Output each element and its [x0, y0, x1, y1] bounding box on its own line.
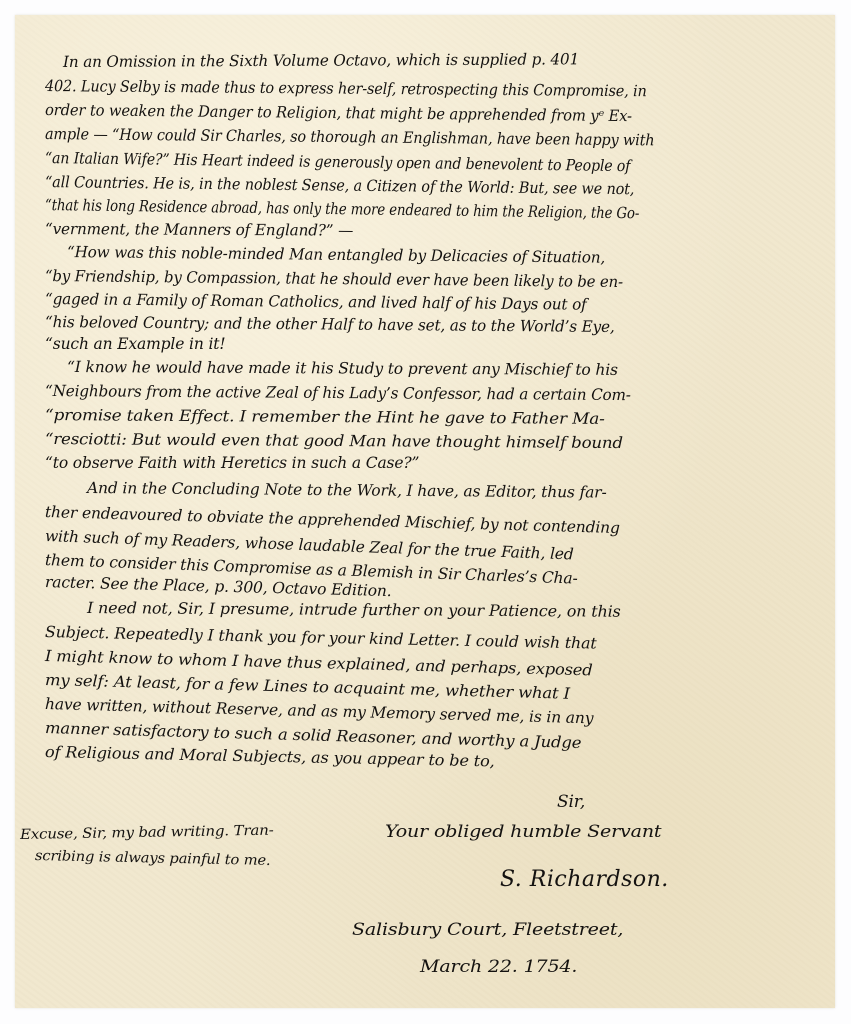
letter-page: In an Omission in the Sixth Volume Octav… [15, 15, 835, 1008]
letter-line: “such an Example in it! [45, 335, 225, 353]
letter-line: And in the Concluding Note to the Work, … [87, 479, 607, 502]
signature: S. Richardson. [500, 867, 669, 892]
letter-line: “vernment, the Manners of England?” — [45, 220, 353, 240]
valediction: Your obliged humble Servant [385, 822, 661, 842]
letter-date: March 22. 1754. [420, 957, 577, 977]
letter-line: Subject. Repeatedly I thank you for your… [45, 623, 597, 653]
letter-line: “I know he would have made it his Study … [67, 358, 618, 379]
letter-line: “resciotti: But would even that good Man… [45, 430, 623, 452]
letter-line: “that his long Residence abroad, has onl… [45, 196, 640, 222]
address-place: Salisbury Court, Fleetstreet, [352, 920, 623, 940]
letter-line: “gaged in a Family of Roman Catholics, a… [45, 290, 587, 314]
letter-line: order to weaken the Danger to Religion, … [45, 101, 632, 125]
letter-line: “Neighbours from the active Zeal of his … [45, 382, 631, 404]
letter-line: “promise taken Effect. I remember the Hi… [45, 406, 605, 428]
salutation: Sir, [557, 792, 585, 812]
letter-line: “by Friendship, by Compassion, that he s… [45, 267, 623, 291]
letter-line: “his beloved Country; and the other Half… [45, 313, 615, 336]
letter-line: In an Omission in the Sixth Volume Octav… [63, 50, 579, 71]
letter-line: “all Countries. He is, in the noblest Se… [45, 173, 635, 198]
letter-line: I need not, Sir, I presume, intrude furt… [87, 599, 621, 621]
letter-line: 402. Lucy Selby is made thus to express … [45, 77, 647, 100]
letter-line: “to observe Faith with Heretics in such … [45, 454, 419, 472]
letter-line: “an Italian Wife?” His Heart indeed is g… [45, 149, 631, 175]
letter-line: “How was this noble-minded Man entangled… [67, 243, 605, 267]
letter-line: ample — “How could Sir Charles, so thoro… [45, 125, 655, 149]
